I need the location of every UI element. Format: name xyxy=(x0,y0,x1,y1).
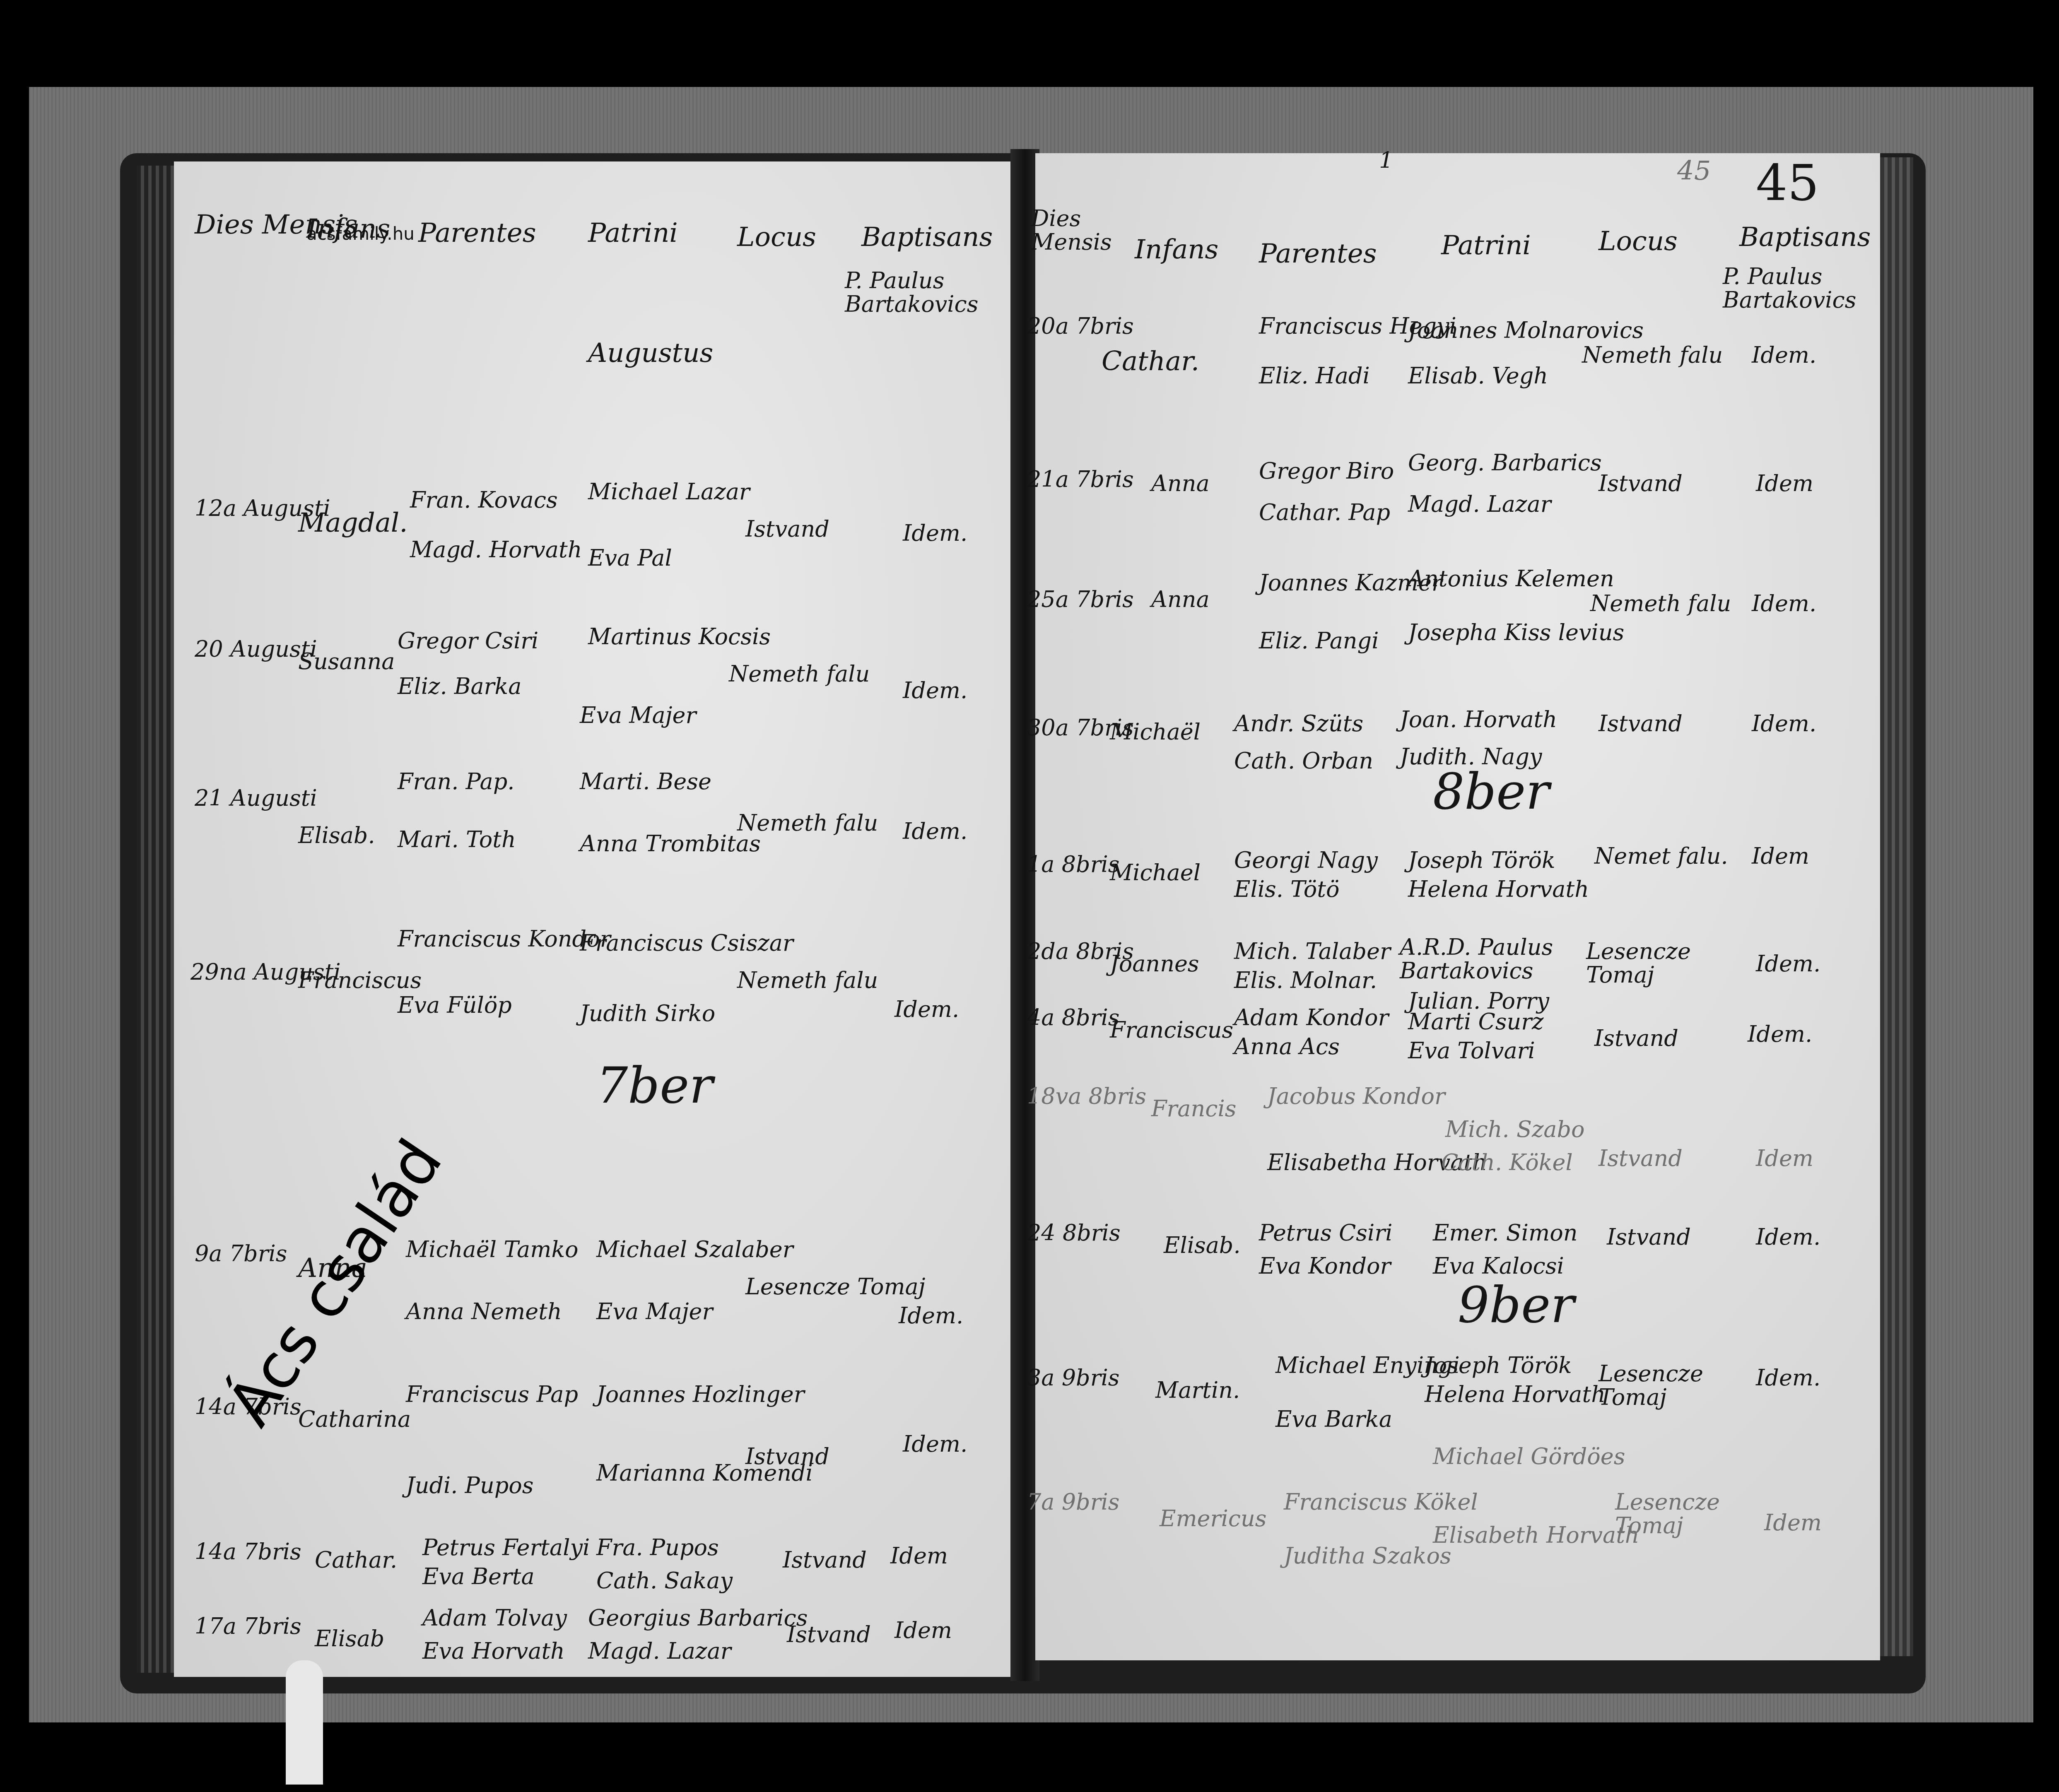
entry-patrinus: Magd. Lazar xyxy=(1408,493,1551,516)
page-number-pencil: 45 xyxy=(1677,157,1711,185)
entry-infans: Franciscus xyxy=(1110,1019,1233,1042)
entry-infans: Anna xyxy=(1151,588,1210,612)
entry-baptisans: Idem. xyxy=(899,1304,963,1328)
entry-baptisans: Idem. xyxy=(903,1433,967,1456)
entry-baptisans: Idem xyxy=(890,1544,948,1568)
header-baptisans-name: P. Paulus Bartakovics xyxy=(845,269,1010,316)
entry-parent: Eva Berta xyxy=(422,1565,535,1589)
entry-patrinus: Josepha Kiss levius xyxy=(1408,621,1624,645)
entry-patrinus: Elisab. Vegh xyxy=(1408,364,1548,388)
entry-patrinus: Eva Tolvari xyxy=(1408,1039,1535,1063)
header-patrini: Patrini xyxy=(1441,232,1531,260)
entry-patrinus: Mich. Szabo xyxy=(1445,1118,1585,1142)
entry-parent: Petrus Fertalyi xyxy=(422,1536,590,1560)
entry-locus: Istvand xyxy=(1594,1027,1678,1050)
entry-locus: Istvand xyxy=(745,518,829,541)
entry-parent: Magd. Horvath xyxy=(410,538,582,562)
entry-infans: Elisab. xyxy=(298,824,375,848)
entry-parent: Elis. Tötö xyxy=(1234,878,1340,901)
entry-patrinus: Helena Horvath xyxy=(1425,1383,1606,1407)
watermark-url: acsfamily.hu xyxy=(306,224,415,244)
entry-baptisans: Idem. xyxy=(1756,952,1820,976)
entry-infans: Michaël xyxy=(1110,720,1201,744)
entry-patrinus: Joseph Török xyxy=(1408,849,1555,872)
entry-patrinus: Eva Pal xyxy=(588,547,672,570)
page-number-ink: 45 xyxy=(1756,157,1819,210)
entry-baptisans: Idem xyxy=(1756,1147,1813,1171)
entry-baptisans: Idem. xyxy=(903,522,967,545)
entry-infans: Joannes xyxy=(1110,952,1199,976)
entry-baptisans: Idem. xyxy=(1752,344,1816,367)
entry-infans: Elisab. xyxy=(1164,1234,1241,1257)
entry-infans: Emericus xyxy=(1160,1507,1266,1531)
entry-date: 18va 8bris xyxy=(1027,1085,1146,1108)
entry-parent: Cathar. Pap xyxy=(1259,501,1390,525)
entry-parent: Eva Barka xyxy=(1275,1408,1392,1431)
entry-patrinus: Elisabeth Horvath xyxy=(1433,1524,1639,1547)
entry-locus: Nemeth falu xyxy=(1582,344,1723,367)
month-heading: 7ber xyxy=(596,1060,713,1112)
entry-parent: Eva Fülöp xyxy=(398,994,512,1017)
entry-infans: Francis xyxy=(1151,1097,1236,1121)
entry-baptisans: Idem xyxy=(1756,472,1813,496)
entry-locus: Nemeth falu xyxy=(729,662,870,686)
entry-patrinus: Joseph Török xyxy=(1425,1354,1572,1378)
entry-patrinus: Eva Majer xyxy=(580,704,696,727)
entry-parent: Anna Acs xyxy=(1234,1035,1340,1059)
entry-parent: Michaël Tamko xyxy=(406,1238,579,1262)
entry-patrinus: Fra. Pupos xyxy=(596,1536,719,1560)
entry-infans: Anna xyxy=(1151,472,1210,496)
entry-date: 3a 9bris xyxy=(1027,1366,1119,1390)
entry-parent: Eva Kondor xyxy=(1259,1255,1391,1278)
entry-patrinus: Eva Kalocsi xyxy=(1433,1255,1564,1278)
entry-locus: Istvand xyxy=(745,1445,829,1469)
entry-parent: Eliz. Barka xyxy=(398,675,521,698)
entry-patrinus: Eva Majer xyxy=(596,1300,713,1324)
entry-parent: Gregor Csiri xyxy=(398,629,538,653)
entry-infans: Cathar. xyxy=(315,1549,397,1572)
entry-parent: Petrus Csiri xyxy=(1259,1221,1392,1245)
entry-infans: Martin. xyxy=(1155,1379,1240,1402)
entry-parent: Adam Kondor xyxy=(1234,1006,1389,1030)
header-patrini: Patrini xyxy=(588,219,678,247)
entry-infans: Susanna xyxy=(298,650,395,674)
entry-locus: Lesencze Tomaj xyxy=(1615,1491,1723,1537)
entry-locus: Istvand xyxy=(787,1623,871,1647)
entry-parent: Mich. Talaber xyxy=(1234,940,1391,963)
entry-locus: Istvand xyxy=(783,1549,867,1572)
entry-patrinus: Marti. Bese xyxy=(580,770,711,794)
entry-patrinus: Judith Sirko xyxy=(580,1002,715,1026)
entry-patrinus: Michael Szalaber xyxy=(596,1238,793,1262)
entry-parent: Judi. Pupos xyxy=(406,1474,534,1498)
header-baptisans: Baptisans xyxy=(861,224,993,251)
entry-patrinus: Anna Trombitas xyxy=(580,832,761,856)
header-infans: Infans xyxy=(1135,236,1218,264)
entry-baptisans: Idem. xyxy=(894,998,959,1021)
entry-patrinus: Michael Lazar xyxy=(588,480,750,504)
entry-parent: Eva Horvath xyxy=(422,1640,565,1663)
entry-locus: Istvand xyxy=(1598,472,1683,496)
entry-locus: Lesencze Tomaj xyxy=(1598,1362,1706,1409)
entry-parent: Gregor Biro xyxy=(1259,460,1394,483)
entry-parent: Mari. Toth xyxy=(398,828,516,852)
entry-infans: Catharina xyxy=(298,1408,411,1431)
bookmark-tab xyxy=(286,1660,323,1785)
entry-parent: Adam Tolvay xyxy=(422,1607,567,1630)
header-parentes: Parentes xyxy=(1259,240,1377,268)
entry-patrinus: Cath. Kökel xyxy=(1441,1151,1573,1175)
entry-date: 25a 7bris xyxy=(1027,588,1134,612)
header-locus: Locus xyxy=(737,224,816,251)
header-baptisans: Baptisans xyxy=(1739,224,1871,251)
entry-patrinus: Georgius Barbarics xyxy=(588,1607,808,1630)
month-heading: Augustus xyxy=(588,340,713,367)
entry-patrinus: Magd. Lazar xyxy=(588,1640,731,1663)
entry-locus: Nemeth falu xyxy=(737,812,878,835)
entry-patrinus: Joan. Horvath xyxy=(1400,708,1557,732)
entry-patrinus: A.R.D. Paulus Bartakovics xyxy=(1400,936,1574,983)
entry-date: 4a 8bris xyxy=(1027,1006,1119,1030)
entry-date: 1a 8bris xyxy=(1027,853,1119,877)
header-baptisans-name: P. Paulus Bartakovics xyxy=(1723,265,1880,312)
entry-infans: Michael xyxy=(1110,861,1201,885)
entry-date: 21a 7bris xyxy=(1027,468,1134,491)
entry-infans: Elisab xyxy=(315,1627,384,1651)
entry-patrinus: Antonius Kelemen xyxy=(1408,567,1614,591)
entry-baptisans: Idem. xyxy=(903,820,967,843)
page-edges-right xyxy=(1880,157,1913,1656)
entry-baptisans: Idem xyxy=(894,1619,952,1643)
entry-date: 17a 7bris xyxy=(195,1615,301,1638)
entry-baptisans: Idem xyxy=(1752,845,1809,868)
entry-patrinus: Michael Gördöes xyxy=(1433,1445,1625,1469)
entry-parent: Georgi Nagy xyxy=(1234,849,1378,872)
entry-parent: Eliz. Hadi xyxy=(1259,364,1370,388)
entry-patrinus: Joannes Hozlinger xyxy=(596,1383,804,1407)
entry-locus: Lesencze Tomaj xyxy=(1586,940,1694,987)
entry-patrinus: Helena Horvath xyxy=(1408,878,1589,901)
entry-baptisans: Idem. xyxy=(1756,1226,1820,1249)
entry-date: 7a 9bris xyxy=(1027,1491,1119,1514)
entry-parent: Franciscus Kökel xyxy=(1284,1491,1478,1514)
entry-date: 20a 7bris xyxy=(1027,315,1134,338)
entry-date: 14a 7bris xyxy=(195,1540,301,1564)
entry-locus: Lesencze Tomaj xyxy=(745,1275,926,1299)
entry-baptisans: Idem. xyxy=(1752,592,1816,616)
page-top-mark: 1 xyxy=(1379,149,1393,173)
month-heading: 9ber xyxy=(1458,1279,1574,1332)
entry-date: 21 Augusti xyxy=(195,787,317,810)
entry-parent: Elis. Molnar. xyxy=(1234,969,1377,992)
entry-patrinus: Georg. Barbarics xyxy=(1408,451,1602,475)
entry-locus: Nemeth falu xyxy=(1590,592,1731,616)
entry-patrinus: Franciscus Csiszar xyxy=(580,932,793,955)
header-parentes: Parentes xyxy=(418,219,536,247)
entry-parent: Anna Nemeth xyxy=(406,1300,562,1324)
entry-locus: Nemeth falu xyxy=(737,969,878,992)
entry-parent: Cath. Orban xyxy=(1234,749,1373,773)
left-page xyxy=(174,161,1023,1677)
entry-patrinus: Martinus Kocsis xyxy=(588,625,771,649)
entry-parent: Franciscus Kondor xyxy=(398,927,610,951)
entry-parent: Franciscus Pap xyxy=(406,1383,578,1407)
entry-baptisans: Idem. xyxy=(1748,1023,1812,1046)
entry-date: 24 8bris xyxy=(1027,1221,1121,1245)
entry-parent: Jacobus Kondor xyxy=(1267,1085,1445,1108)
entry-locus: Nemet falu. xyxy=(1594,845,1728,868)
header-locus: Locus xyxy=(1598,228,1678,255)
entry-infans: Cathar. xyxy=(1102,348,1199,376)
entry-patrinus: Emer. Simon xyxy=(1433,1221,1578,1245)
entry-locus: Istvand xyxy=(1598,712,1683,736)
entry-parent: Fran. Kovacs xyxy=(410,489,558,512)
entry-baptisans: Idem. xyxy=(1752,712,1816,736)
entry-locus: Istvand xyxy=(1598,1147,1683,1171)
entry-patrinus: Marti Csurz xyxy=(1408,1010,1544,1034)
header-dies-mensis: Dies Mensis xyxy=(1031,207,1093,254)
entry-baptisans: Idem. xyxy=(1756,1366,1820,1390)
entry-baptisans: Idem xyxy=(1764,1511,1822,1535)
entry-parent: Eliz. Pangi xyxy=(1259,629,1379,653)
entry-infans: Magdal. xyxy=(298,509,408,537)
entry-patrinus: Joannes Molnarovics xyxy=(1408,319,1644,342)
page-edges-left xyxy=(137,166,174,1673)
entry-baptisans: Idem. xyxy=(903,679,967,703)
entry-patrinus: Cath. Sakay xyxy=(596,1569,733,1593)
entry-infans: Franciscus xyxy=(298,969,422,992)
entry-parent: Juditha Szakos xyxy=(1284,1544,1451,1568)
entry-date: 9a 7bris xyxy=(195,1242,287,1266)
entry-parent: Fran. Pap. xyxy=(398,770,514,794)
month-heading: 8ber xyxy=(1433,766,1550,818)
entry-parent: Andr. Szüts xyxy=(1234,712,1363,736)
entry-locus: Istvand xyxy=(1607,1226,1691,1249)
